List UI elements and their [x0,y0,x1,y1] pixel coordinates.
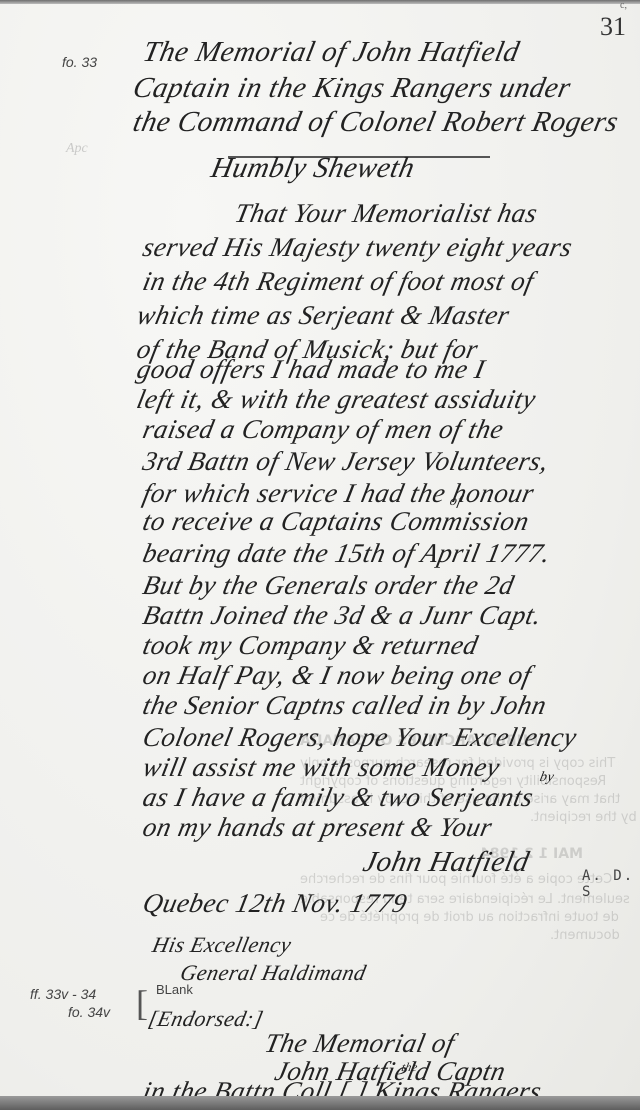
document-page: c, 31 fo. 33 PUBLIC ARCHIVES OF CANADA T… [0,0,640,1110]
bleed-line: by the recipient. [530,810,637,825]
date-line: Quebec 12th Nov. 1779 [140,888,410,919]
body-line: the Senior Captns called in by John [140,690,550,721]
folio-bottom-1: ff. 33v - 34 [30,986,96,1002]
heading-line: Captain in the Kings Rangers under [130,72,574,105]
folio-top: fo. 33 [62,54,97,70]
address-line: General Haldimand [178,960,369,986]
endorsed-label: [Endorsed:] [146,1006,266,1032]
body-line: That Your Memorialist has [232,198,540,229]
heading-line: The Memorial of John Hatfield [140,36,522,69]
body-line: took my Company & returned [140,630,481,661]
body-line: served His Majesty twenty eight years [140,232,575,263]
body-line: bearing date the 15th of April 1777. [140,538,553,569]
body-line: Battn Joined the 3d & a Junr Capt. [140,600,545,631]
signature: John Hatfield [360,846,532,879]
body-line: But by the Generals order the 2d [140,570,517,601]
body-line: good offers I had made to me I [134,354,488,385]
body-line: left it, & with the greatest assiduity [134,384,539,415]
body-line: raised a Company of men of the [140,414,507,445]
body-line: on my hands at present & Your [140,812,495,843]
faint-margin-note: Apc [66,141,88,157]
blank-label: BLank [156,982,193,997]
corner-mark: c, [620,0,627,11]
heading-line: the Command of Colonel Robert Rogers [130,106,621,139]
body-line: Colonel Rogers, hope Your Excellency [140,722,580,753]
address-line: His Excellency [150,932,294,958]
body-line: to receive a Captains Commission [140,506,532,537]
body-line: on Half Pay, & I now being one of [140,660,534,691]
body-line: in the 4th Regiment of foot most of [140,266,537,297]
page-number: 31 [600,12,626,42]
salutation: Humbly Sheweth [208,152,418,185]
bracket: [ [136,982,148,1024]
archival-mark: A. D. S [582,868,640,900]
bleed-line: document. [550,928,620,943]
body-line: 3rd Battn of New Jersey Volunteers, [140,446,552,477]
body-line: as I have a family & two Serjeants [140,782,536,813]
endorsement-line: The Memorial of [262,1028,458,1059]
body-line: for which service I had the honour [140,478,537,509]
page-bottom-edge [0,1096,640,1110]
folio-bottom-2: fo. 34v [68,1004,110,1020]
page-top-edge [0,0,640,4]
body-line: which time as Serjeant & Master [134,300,512,331]
endorsement-insert: the [400,1060,419,1075]
body-line: will assist me with some Money [140,752,503,783]
